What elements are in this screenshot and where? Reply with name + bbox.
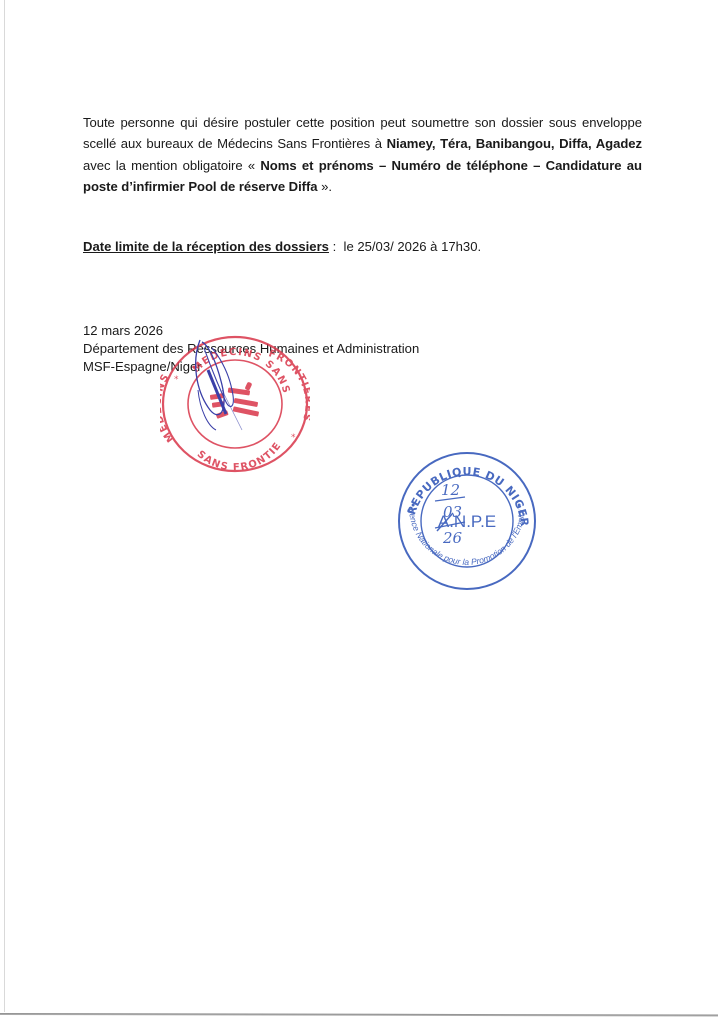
svg-text:*: * — [174, 375, 179, 385]
anpe-stamp: REPUBLIQUE DU NIGER Agence Nationale pou… — [395, 451, 539, 591]
deadline-label: Date limite de la réception des dossiers — [83, 239, 329, 254]
svg-text:●: ● — [411, 502, 415, 509]
svg-text:26: 26 — [442, 529, 463, 547]
svg-text:*: * — [291, 433, 296, 443]
handwritten-signature — [180, 330, 260, 445]
scan-edge-left — [4, 0, 5, 1012]
svg-text:03: 03 — [443, 503, 462, 521]
paragraph-segment: avec la mention obligatoire « — [83, 158, 260, 173]
application-instructions-paragraph: Toute personne qui désire postuler cette… — [83, 112, 642, 197]
deadline-line: Date limite de la réception des dossiers… — [83, 238, 481, 256]
svg-text:12: 12 — [441, 481, 460, 499]
deadline-separator: : — [329, 239, 344, 254]
paragraph-bold-segment: Niamey, Téra, Banibangou, Diffa, Agadez — [387, 136, 642, 151]
deadline-value: le 25/03/ 2026 à 17h30. — [344, 239, 482, 254]
scan-edge-bottom — [0, 1013, 718, 1017]
paragraph-segment: ». — [318, 179, 332, 194]
svg-text:●: ● — [517, 502, 521, 509]
